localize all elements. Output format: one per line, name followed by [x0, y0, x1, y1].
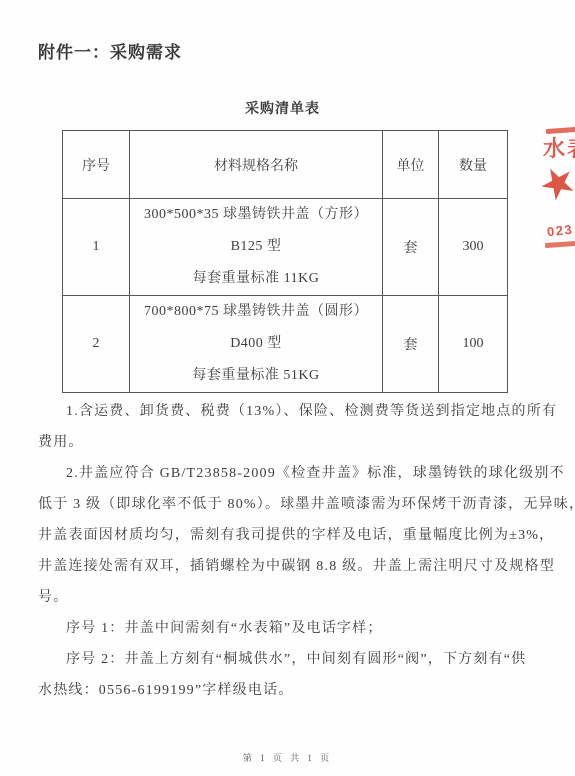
stamp-bottom-bar	[545, 241, 575, 248]
cell-no: 2	[63, 296, 130, 393]
table-header-row: 序号 材料规格名称 单位 数量	[63, 131, 508, 199]
note-line: 2.井盖应符合 GB/T23858-2009《检查井盖》标准，球墨铸铁的球化级别…	[38, 458, 538, 489]
spec-line: 每套重量标准 51KG	[130, 360, 382, 392]
column-header-no: 序号	[63, 131, 130, 199]
cell-spec: 300*500*35 球墨铸铁井盖（方形） B125 型 每套重量标准 11KG	[130, 199, 383, 296]
column-header-spec: 材料规格名称	[130, 131, 383, 199]
note-line: 低于 3 级（即球化率不低于 80%）。球墨井盖喷漆需为环保烤干沥青漆，无异味，	[38, 489, 538, 520]
note-line: 井盖连接处需有双耳，插销螺栓为中碳钢 8.8 级。井盖上需注明尺寸及规格型	[38, 551, 538, 582]
cell-unit: 套	[383, 296, 439, 393]
spec-line: 每套重量标准 11KG	[130, 263, 382, 295]
column-header-qty: 数量	[439, 131, 508, 199]
note-line: 序号 2：井盖上方刻有“桐城供水”，中间刻有圆形“阀”，下方刻有“供	[38, 644, 538, 675]
cell-spec: 700*800*75 球墨铸铁井盖（圆形） D400 型 每套重量标准 51KG	[130, 296, 383, 393]
spec-line: B125 型	[130, 231, 382, 263]
column-header-unit: 单位	[383, 131, 439, 199]
document-page: 附件一：采购需求 采购清单表 序号 材料规格名称 单位 数量 1 300*500…	[0, 0, 575, 776]
cell-qty: 300	[439, 199, 508, 296]
note-line: 号。	[38, 582, 538, 613]
note-line: 水热线：0556-6199199”字样级电话。	[38, 675, 538, 706]
cell-no: 1	[63, 199, 130, 296]
cell-qty: 100	[439, 296, 508, 393]
notes-block: 1.含运费、卸货费、税费（13%）、保险、检测费等货送到指定地点的所有 费用。 …	[38, 396, 538, 706]
document-title: 附件一：采购需求	[38, 38, 182, 63]
spec-line: D400 型	[130, 328, 382, 360]
page-number-footer: 第 1 页 共 1 页	[0, 751, 575, 764]
cell-unit: 套	[383, 199, 439, 296]
stamp-number: 023	[546, 222, 574, 240]
note-line: 费用。	[38, 427, 538, 458]
red-seal-stamp: 水表 ★ 023	[540, 120, 575, 260]
star-icon: ★	[529, 152, 575, 214]
spec-line: 700*800*75 球墨铸铁井盖（圆形）	[130, 296, 382, 328]
note-line: 1.含运费、卸货费、税费（13%）、保险、检测费等货送到指定地点的所有	[38, 396, 538, 427]
purchase-list-table: 序号 材料规格名称 单位 数量 1 300*500*35 球墨铸铁井盖（方形） …	[62, 130, 508, 393]
table-row: 2 700*800*75 球墨铸铁井盖（圆形） D400 型 每套重量标准 51…	[63, 296, 508, 393]
note-line: 井盖表面因材质均匀，需刻有我司提供的字样及电话，重量幅度比例为±3%，	[38, 520, 538, 551]
table-caption: 采购清单表	[62, 98, 503, 118]
spec-line: 300*500*35 球墨铸铁井盖（方形）	[130, 199, 382, 231]
note-line: 序号 1：井盖中间需刻有“水表箱”及电话字样；	[38, 613, 538, 644]
table-row: 1 300*500*35 球墨铸铁井盖（方形） B125 型 每套重量标准 11…	[63, 199, 508, 296]
